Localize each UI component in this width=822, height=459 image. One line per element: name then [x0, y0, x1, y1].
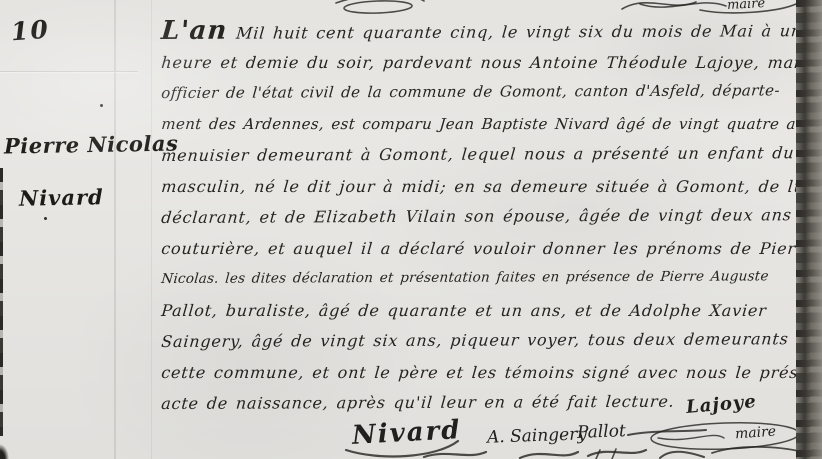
bottom-edge-strokes	[424, 452, 486, 457]
bottom-edge-strokes-3	[588, 450, 646, 456]
act-body-text: L'anMil huit cent quarante cinq, le ving…	[160, 16, 822, 419]
ink-speck	[44, 217, 47, 220]
act-line: couturière, et auquel il a déclaré voulo…	[160, 233, 822, 264]
act-line: masculin, né le dit jour à midi; en sa d…	[160, 171, 822, 202]
margin-rule-line-2	[151, 0, 152, 459]
top-center-flourish	[336, 0, 424, 3]
act-line: cette commune, et ont le père et les tém…	[160, 357, 822, 388]
act-line: L'anMil huit cent quarante cinq, le ving…	[160, 13, 822, 47]
act-line: déclarant, et de Elizabeth Vilain son ép…	[160, 199, 822, 233]
margin-child-surname: Nivard	[19, 184, 104, 210]
bottom-edge-strokes-2	[520, 452, 578, 458]
corner-ink-smudge	[0, 433, 14, 459]
act-line: Nicolas. les dites déclaration et présen…	[160, 261, 822, 295]
act-line: heure et demie du soir, pardevant nous A…	[160, 47, 822, 78]
signature-nivard: Nivard	[351, 415, 462, 451]
act-line: officier de l'état civil de la commune d…	[160, 75, 822, 109]
act-line: menuisier demeurant à Gomont, lequel nou…	[160, 137, 822, 171]
top-right-flourish	[622, 2, 696, 9]
margin-child-firstnames: Pierre Nicolas	[4, 130, 179, 158]
left-page-edge-mark	[0, 168, 3, 436]
act-number: 10	[10, 15, 51, 47]
act-opening-word: L'an	[160, 16, 229, 46]
act-line: Pallot, buraliste, âgé de quarante et un…	[160, 295, 822, 326]
act-line-text: Mil huit cent quarante cinq, le vingt si…	[235, 21, 813, 43]
bottom-edge-oval-remnant	[712, 447, 806, 453]
top-center-flourish-oval	[344, 0, 412, 14]
previous-act-mayor-title-fragment: maire	[727, 0, 766, 13]
signature-mayor-title: maire	[734, 424, 776, 443]
mayor-paraph-inner-stroke	[658, 435, 724, 439]
margin-rule-line	[114, 0, 116, 459]
act-line: ment des Ardennes, est comparu Jean Bapt…	[160, 109, 822, 140]
bottom-edge-strokes-4	[660, 452, 704, 458]
signature-saingery: A. Saingery	[487, 424, 588, 447]
act-line: Saingery, âgé de vingt six ans, piqueur …	[160, 323, 822, 357]
binding-gutter-edge	[796, 0, 822, 459]
pallot-flourish-stroke	[628, 430, 706, 435]
top-right-flourish-2	[640, 3, 726, 7]
mayor-paraph-oval	[651, 420, 800, 451]
signature-pallot: Pallot	[577, 421, 626, 443]
register-page-scan: 10 Pierre Nicolas Nivard L'anMil huit ce…	[0, 0, 822, 459]
paper-crease	[0, 71, 138, 72]
ink-speck	[100, 104, 103, 107]
bottom-edge-descenders	[596, 449, 616, 459]
